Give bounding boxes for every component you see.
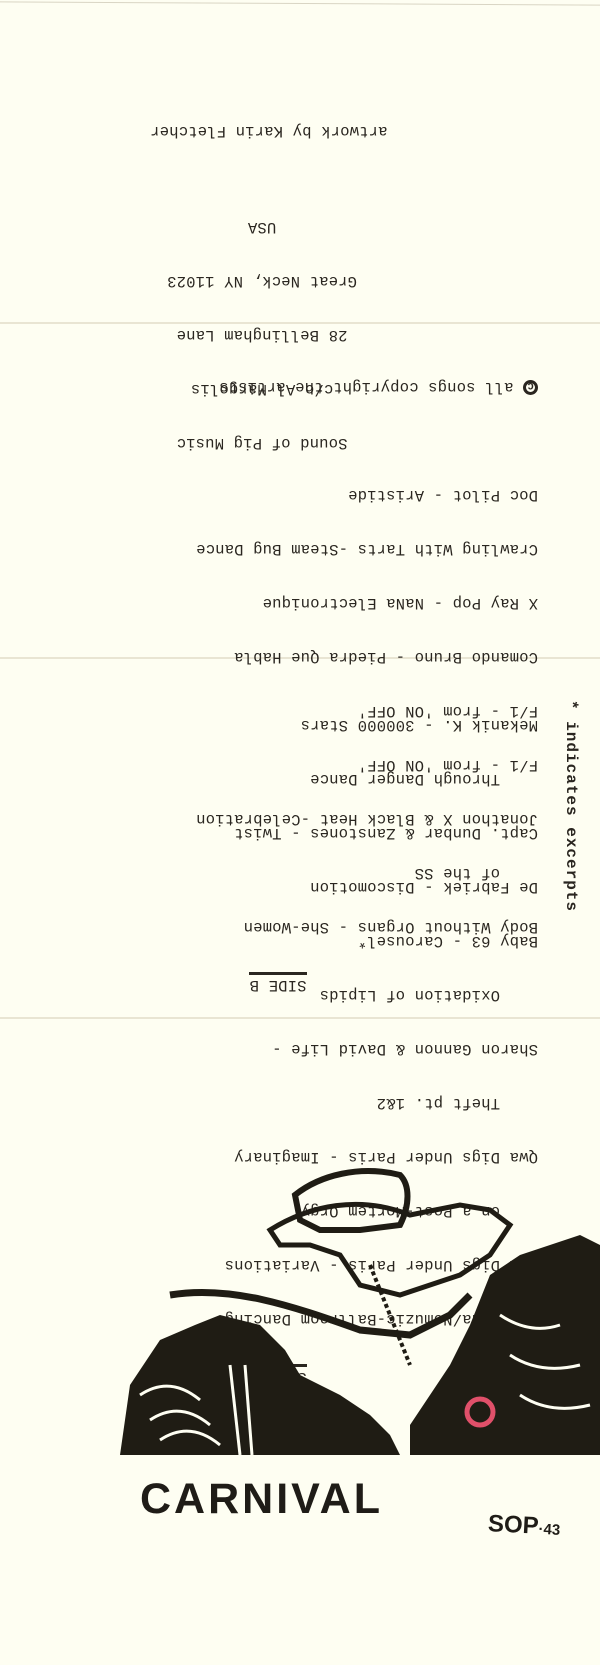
track-item: Oxidation of Lipids	[18, 986, 538, 1004]
track-item: Through Danger Dance	[18, 770, 538, 788]
copyright-notice: C all songs copyright the artists	[18, 378, 538, 396]
track-item: Sharon Gannon & David Life -	[18, 1040, 538, 1058]
track-item: X Ray Pop - NaNa Electronique	[18, 594, 538, 612]
catalog-number: SOP·43	[487, 1510, 561, 1542]
catalog-prefix: SOP	[487, 1510, 539, 1540]
track-item: De Fabriek - Discomotion	[18, 878, 538, 896]
catalog-suffix: 43	[543, 1521, 561, 1539]
album-title: CARNIVAL	[140, 1475, 383, 1524]
track-item: Capt. Dunbar & Zanstones - Twist	[18, 824, 538, 842]
copyright-icon: C	[523, 380, 538, 395]
excerpts-footnote: * indicates excerpts	[562, 700, 580, 912]
track-item: Comando Bruno - Piedra Que Habla	[18, 648, 538, 666]
artwork-credit-text: artwork by Karin Fletcher	[150, 122, 388, 140]
address-line: Great Neck, NY 11023	[112, 272, 412, 290]
cover-artwork	[110, 1135, 600, 1460]
track-item: Theft pt. 1&2	[18, 1094, 538, 1112]
artwork-credit: artwork by Karin Fletcher	[150, 104, 388, 176]
address-line: USA	[112, 218, 412, 236]
track-item: Doc Pilot - Aristide	[18, 486, 538, 504]
track-item: Baby 63 - Carousel*	[18, 932, 538, 950]
address-line: 28 Bellingham Lane	[112, 326, 412, 344]
copyright-text: all songs copyright the artists	[219, 378, 514, 396]
track-item: Crawling With Tarts -Steam Bug Dance	[18, 540, 538, 558]
track-item: Mekanik K. - 300000 Stars	[18, 716, 538, 734]
